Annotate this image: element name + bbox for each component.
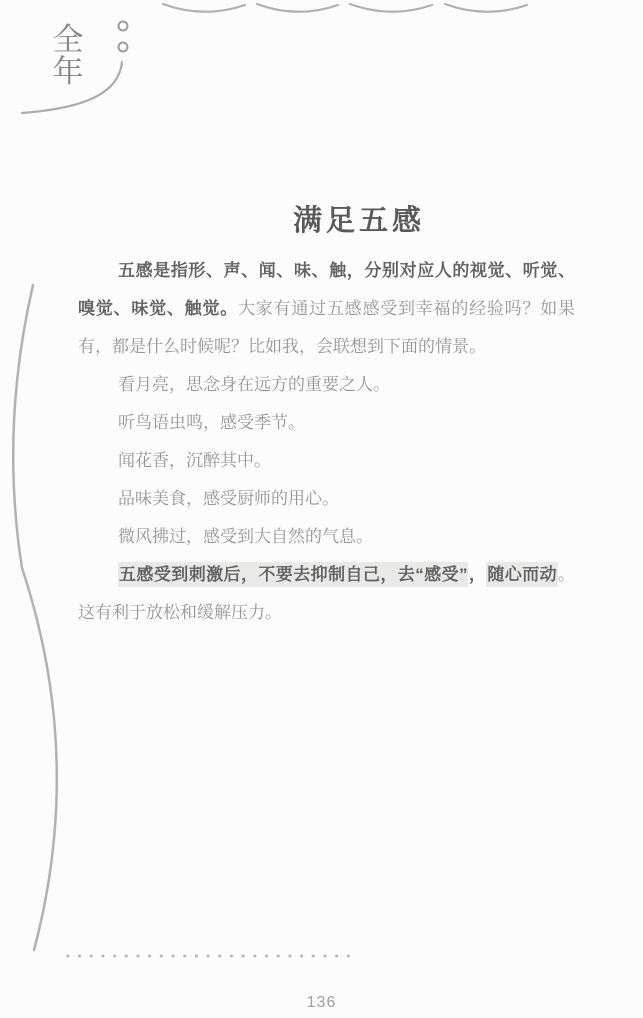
conclusion-comma: ， bbox=[468, 565, 486, 584]
conclusion-highlight-text: 随心而动 bbox=[486, 562, 558, 587]
scene-line: 看月亮，思念身在远方的重要之人。 bbox=[78, 366, 575, 404]
paragraph-intro: 五感是指形、声、闻、味、触，分别对应人的视觉、听觉、嗅觉、味觉、触觉。大家有通过… bbox=[78, 252, 575, 366]
paragraph-conclusion: 五感受到刺激后，不要去抑制自己，去“感受”，随心而动。这有利于放松和缓解压力。 bbox=[78, 556, 575, 632]
article-body: 五感是指形、声、闻、味、触，分别对应人的视觉、听觉、嗅觉、味觉、触觉。大家有通过… bbox=[78, 252, 575, 632]
corner-flourish-icon bbox=[10, 10, 145, 120]
page-number: 136 bbox=[0, 994, 643, 1012]
conclusion-rest-text: 这有利于放松和缓解压力。 bbox=[78, 603, 282, 622]
scallop-border-icon bbox=[160, 0, 532, 22]
book-page: 全年 满足五感 五感是指形、声、闻、味、触，分别对应人的视觉、听觉、嗅觉、味觉、… bbox=[0, 0, 643, 1018]
scene-line: 微风拂过，感受到大自然的气息。 bbox=[78, 518, 575, 556]
dotted-separator bbox=[62, 953, 355, 959]
page-title: 满足五感 bbox=[293, 198, 425, 239]
scene-line: 品味美食，感受厨师的用心。 bbox=[78, 480, 575, 518]
wavy-line-icon bbox=[0, 278, 90, 963]
scene-line: 闻花香，沉醉其中。 bbox=[78, 442, 575, 480]
conclusion-highlight-text: 五感受到刺激后，不要去抑制自己，去“感受” bbox=[118, 562, 468, 587]
conclusion-period: 。 bbox=[558, 565, 575, 584]
scene-line: 听鸟语虫鸣，感受季节。 bbox=[78, 404, 575, 442]
